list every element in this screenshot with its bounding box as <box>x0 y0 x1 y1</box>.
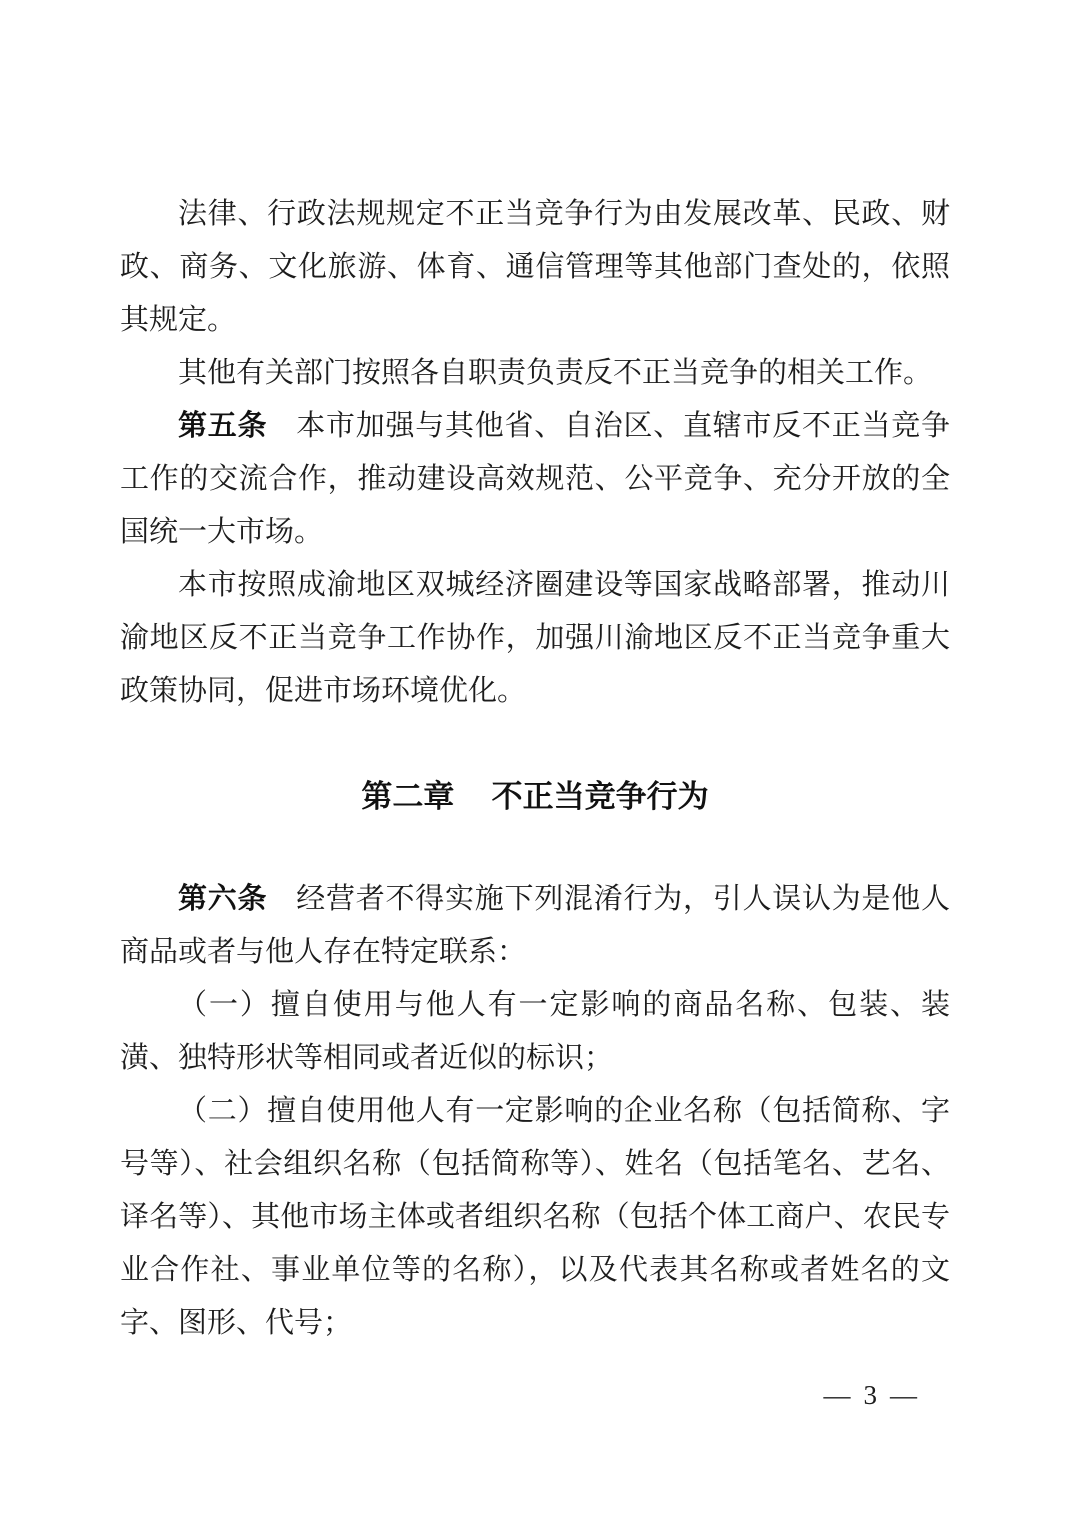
article-number-label: 第五条 <box>178 410 267 442</box>
paragraph-text: 其他有关部门按照各自职责负责反不正当竞争的相关工作。 <box>178 357 932 389</box>
paragraph-article-6: 第六条经营者不得实施下列混淆行为，引人误认为是他人商品或者与他人存在特定联系： <box>120 873 950 979</box>
paragraph-item-1: （一）擅自使用与他人有一定影响的商品名称、包装、装潢、独特形状等相同或者近似的标… <box>120 979 950 1085</box>
chapter-title: 不正当竞争行为 <box>492 779 709 814</box>
paragraph-text: 法律、行政法规规定不正当竞争行为由发展改革、民政、财政、商务、文化旅游、体育、通… <box>120 198 950 336</box>
document-body: 法律、行政法规规定不正当竞争行为由发展改革、民政、财政、商务、文化旅游、体育、通… <box>0 0 1074 1350</box>
page-number-dash-right: — <box>890 1378 917 1412</box>
document-page: 法律、行政法规规定不正当竞争行为由发展改革、民政、财政、商务、文化旅游、体育、通… <box>0 0 1074 1520</box>
paragraph-item-2: （二）擅自使用他人有一定影响的企业名称（包括简称、字号等）、社会组织名称（包括简… <box>120 1085 950 1350</box>
paragraph: 法律、行政法规规定不正当竞争行为由发展改革、民政、财政、商务、文化旅游、体育、通… <box>120 188 950 347</box>
page-number: — 3 — <box>824 1378 918 1412</box>
page-number-value: 3 <box>864 1378 878 1412</box>
chapter-heading: 第二章不正当竞争行为 <box>120 770 950 823</box>
paragraph-text: （二）擅自使用他人有一定影响的企业名称（包括简称、字号等）、社会组织名称（包括简… <box>120 1095 950 1339</box>
paragraph-text: 本市按照成渝地区双城经济圈建设等国家战略部署，推动川渝地区反不正当竞争工作协作，… <box>120 569 950 707</box>
paragraph: 其他有关部门按照各自职责负责反不正当竞争的相关工作。 <box>120 347 950 400</box>
paragraph: 本市按照成渝地区双城经济圈建设等国家战略部署，推动川渝地区反不正当竞争工作协作，… <box>120 559 950 718</box>
paragraph-text: （一）擅自使用与他人有一定影响的商品名称、包装、装潢、独特形状等相同或者近似的标… <box>120 989 950 1074</box>
chapter-number: 第二章 <box>361 779 454 814</box>
paragraph-article-5: 第五条本市加强与其他省、自治区、直辖市反不正当竞争工作的交流合作，推动建设高效规… <box>120 400 950 559</box>
page-number-dash-left: — <box>824 1378 851 1412</box>
article-number-label: 第六条 <box>178 883 267 915</box>
